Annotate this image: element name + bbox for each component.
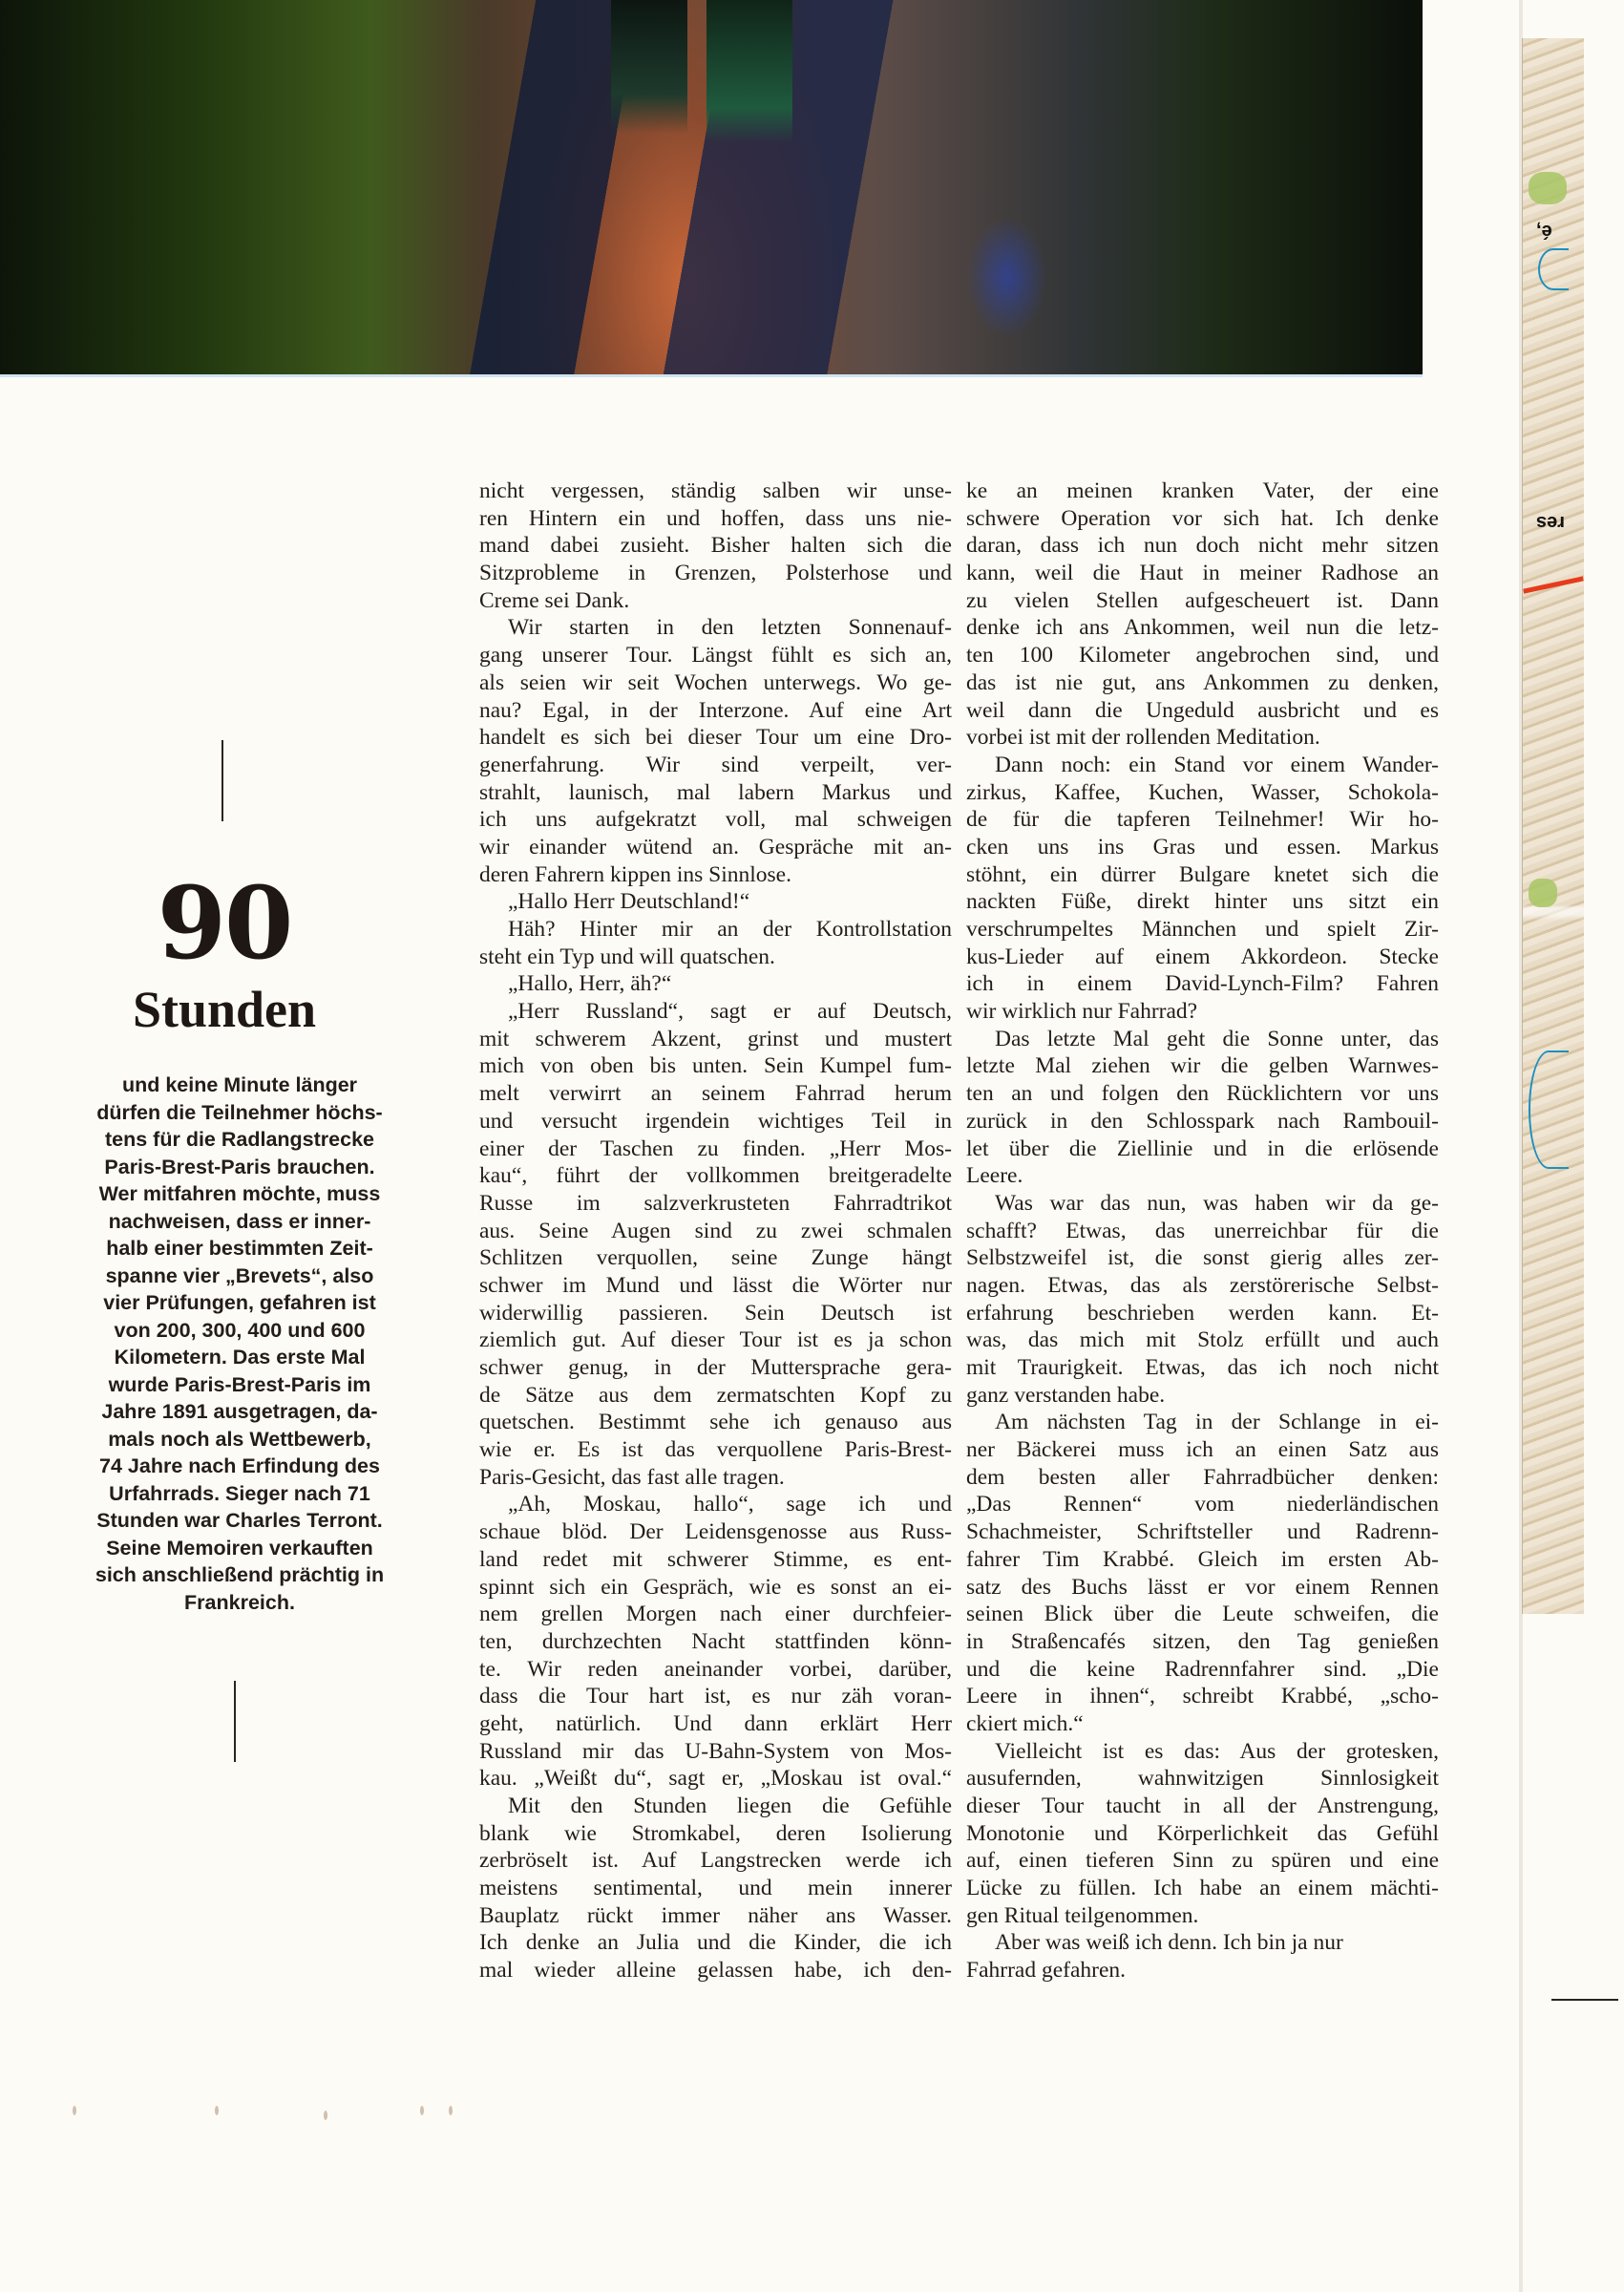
article-line: nem grellen Morgen nach einer durchfeier… xyxy=(479,1601,952,1628)
article-line: und die keine Radrennfahrer sind. „Die xyxy=(966,1656,1439,1684)
article-line: aus. Seine Augen sind zu zwei schmalen xyxy=(479,1218,952,1245)
article-line: te. Wir reden aneinander vorbei, darüber… xyxy=(479,1656,952,1684)
map-strip: é, res xyxy=(1522,38,1584,1614)
article-line: Monotonie und Körperlichkeit das Gefühl xyxy=(966,1820,1439,1848)
map-forest-area xyxy=(1529,172,1567,204)
infobox-line: Kilometern. Das erste Mal xyxy=(82,1344,397,1371)
infobox-line: wurde Paris-Brest-Paris im xyxy=(82,1371,397,1399)
infobox-line: sich anschließend prächtig in xyxy=(82,1561,397,1589)
article-line: generfahrung. Wir sind verpeilt, ver- xyxy=(479,752,952,779)
article-line: als seien wir seit Wochen unterwegs. Wo … xyxy=(479,669,952,697)
article-line: Am nächsten Tag in der Schlange in ei- xyxy=(966,1409,1439,1436)
article-column-1: nicht vergessen, ständig salben wir unse… xyxy=(479,477,952,1984)
article-line: schwer im Mund und lässt die Wörter nur xyxy=(479,1272,952,1300)
article-line: Dann noch: ein Stand vor einem Wander- xyxy=(966,752,1439,779)
article-line: Leere in ihnen“, schreibt Krabbé, „scho- xyxy=(966,1683,1439,1710)
article-line: meistens sentimental, und mein innerer xyxy=(479,1875,952,1902)
article-line: Das letzte Mal geht die Sonne unter, das xyxy=(966,1026,1439,1053)
article-line: de Sätze aus dem zermatschten Kopf zu xyxy=(479,1382,952,1410)
cyclist-silhouette xyxy=(707,0,792,143)
infobox-line: von 200, 300, 400 und 600 xyxy=(82,1317,397,1345)
article-line: mich von oben bis unten. Sein Kumpel fum… xyxy=(479,1052,952,1080)
infobox-line: Seine Memoiren verkauften xyxy=(82,1535,397,1562)
article-line: Mit den Stunden liegen die Gefühle xyxy=(479,1793,952,1820)
article-line: schafft? Etwas, das unerreichbar für die xyxy=(966,1218,1439,1245)
infobox-line: Wer mitfahren möchte, muss xyxy=(82,1180,397,1208)
article-line: ten 100 Kilometer angebrochen sind, und xyxy=(966,642,1439,669)
article-line: strahlt, launisch, mal labern Markus und xyxy=(479,779,952,807)
infobox-line: spanne vier „Brevets“, also xyxy=(82,1263,397,1290)
article-line: Aber was weiß ich denn. Ich bin ja nur xyxy=(966,1929,1439,1957)
map-label: é, xyxy=(1536,220,1552,242)
article-line: Vielleicht ist es das: Aus der grotesken… xyxy=(966,1738,1439,1766)
article-line: „Hallo, Herr, äh?“ xyxy=(479,970,952,998)
infobox-line: Urfahrrads. Sieger nach 71 xyxy=(82,1480,397,1508)
article-line: Creme sei Dank. xyxy=(479,587,952,615)
article-line: mit schwerem Akzent, grinst und mustert xyxy=(479,1026,952,1053)
article-line: einer der Taschen zu finden. „Herr Mos- xyxy=(479,1135,952,1163)
article-line: denke ich ans Ankommen, weil nun die let… xyxy=(966,614,1439,642)
infobox-number: 90 xyxy=(76,874,372,973)
cyclist-silhouette xyxy=(611,0,687,134)
article-line: „Hallo Herr Deutschland!“ xyxy=(479,888,952,916)
article-line: verschrumpeltes Männchen und spielt Zir- xyxy=(966,916,1439,944)
photo-border xyxy=(0,374,1423,377)
article-line: mit Traurigkeit. Etwas, das ich noch nic… xyxy=(966,1354,1439,1382)
map-road xyxy=(1523,576,1584,593)
article-line: Leere. xyxy=(966,1162,1439,1190)
article-line: kau. „Weißt du“, sagt er, „Moskau ist ov… xyxy=(479,1765,952,1793)
article-line: Paris-Gesicht, das fast alle tragen. xyxy=(479,1464,952,1492)
infobox-line: tens für die Radlangstrecke xyxy=(82,1126,397,1154)
article-line: spinnt sich ein Gespräch, wie es sonst a… xyxy=(479,1574,952,1602)
infobox-line: halb einer bestimmten Zeit- xyxy=(82,1235,397,1263)
article-line: Ich denke an Julia und die Kinder, die i… xyxy=(479,1929,952,1957)
article-line: ner Bäckerei muss ich an einen Satz aus xyxy=(966,1436,1439,1464)
article-line: handelt es sich bei dieser Tour um eine … xyxy=(479,724,952,752)
article-line: vorbei ist mit der rollenden Meditation. xyxy=(966,724,1439,752)
article-line: mal wieder alleine gelassen habe, ich de… xyxy=(479,1957,952,1984)
article-line: gang unserer Tour. Längst fühlt es sich … xyxy=(479,642,952,669)
article-line: quetschen. Bestimmt sehe ich genauso aus xyxy=(479,1409,952,1436)
infobox-line: und keine Minute länger xyxy=(82,1072,397,1099)
article-line: „Herr Russland“, sagt er auf Deutsch, xyxy=(479,998,952,1026)
article-line: und versucht irgendein wichtiges Teil in xyxy=(479,1108,952,1135)
article-line: das ist nie gut, ans Ankommen zu denken, xyxy=(966,669,1439,697)
article-line: nicht vergessen, ständig salben wir unse… xyxy=(479,477,952,505)
article-line: kus-Lieder auf einem Akkordeon. Stecke xyxy=(966,944,1439,971)
article-line: nagen. Etwas, das als zerstörerische Sel… xyxy=(966,1272,1439,1300)
article-line: zu vielen Stellen aufgescheuert ist. Dan… xyxy=(966,587,1439,615)
infobox-line: mals noch als Wettbewerb, xyxy=(82,1426,397,1454)
article-line: satz des Buchs lässt er vor einem Rennen xyxy=(966,1574,1439,1602)
article-line: let über die Ziellinie und in die erlöse… xyxy=(966,1135,1439,1163)
article-line: Bauplatz rückt immer näher ans Wasser. xyxy=(479,1902,952,1930)
article-line: ich uns aufgekratzt voll, mal schweigen xyxy=(479,806,952,834)
article-line: „Ah, Moskau, hallo“, sage ich und xyxy=(479,1491,952,1518)
infobox-line: Jahre 1891 ausgetragen, da- xyxy=(82,1398,397,1426)
article-line: was, das mich mit Stolz erfüllt und auch xyxy=(966,1326,1439,1354)
infobox-unit: Stunden xyxy=(76,984,372,1035)
article-line: ren Hintern ein und hoffen, dass uns nie… xyxy=(479,505,952,533)
article-line: geht, natürlich. Und dann erklärt Herr xyxy=(479,1710,952,1738)
article-line: kann, weil die Haut in meiner Radhose an xyxy=(966,560,1439,587)
infobox-line: nachweisen, dass er inner- xyxy=(82,1208,397,1236)
article-line: ziemlich gut. Auf dieser Tour ist es ja … xyxy=(479,1326,952,1354)
article-line: wie er. Es ist das verquollene Paris-Bre… xyxy=(479,1436,952,1464)
article-line: ckiert mich.“ xyxy=(966,1710,1439,1738)
article-line: weil dann die Ungeduld ausbricht und es xyxy=(966,697,1439,725)
article-column-2: ke an meinen kranken Vater, der eineschw… xyxy=(966,477,1439,1984)
article-line: steht ein Typ und will quatschen. xyxy=(479,944,952,971)
article-line: Wir starten in den letzten Sonnenauf- xyxy=(479,614,952,642)
article-line: gen Ritual teilgenommen. xyxy=(966,1902,1439,1930)
article-line: schwer genug, in der Muttersprache gera- xyxy=(479,1354,952,1382)
end-rule xyxy=(1551,1999,1618,2001)
article-photo xyxy=(0,0,1423,374)
article-line: de für die tapferen Teilnehmer! Wir ho- xyxy=(966,806,1439,834)
article-line: schaue blöd. Der Leidensgenosse aus Russ… xyxy=(479,1518,952,1546)
article-line: Russland mir das U-Bahn-System von Mos- xyxy=(479,1738,952,1766)
article-line: ten, durchzechten Nacht stattfinden könn… xyxy=(479,1628,952,1656)
article-line: in Straßencafés sitzen, den Tag genießen xyxy=(966,1628,1439,1656)
article-line: nau? Egal, in der Interzone. Auf eine Ar… xyxy=(479,697,952,725)
infobox-line: 74 Jahre nach Erfindung des xyxy=(82,1453,397,1480)
divider-rule xyxy=(234,1681,236,1762)
article-line: Selbstzweifel ist, die sonst gierig alle… xyxy=(966,1244,1439,1272)
article-line: dem besten aller Fahrradbücher denken: xyxy=(966,1464,1439,1492)
article-line: ke an meinen kranken Vater, der eine xyxy=(966,477,1439,505)
article-line: fahrer Tim Krabbé. Gleich im ersten Ab- xyxy=(966,1546,1439,1574)
article-line: erfahrung beschrieben werden kann. Et- xyxy=(966,1300,1439,1327)
article-line: zurück in den Schlosspark nach Rambouil- xyxy=(966,1108,1439,1135)
map-forest-area xyxy=(1529,879,1557,907)
article-line: wir einander wütend an. Gespräche mit an… xyxy=(479,834,952,861)
article-line: wir wirklich nur Fahrrad? xyxy=(966,998,1439,1026)
article-line: Was war das nun, was haben wir da ge- xyxy=(966,1190,1439,1218)
article-line: land redet mit schwerer Stimme, es ent- xyxy=(479,1546,952,1574)
article-line: auf, einen tieferen Sinn zu spüren und e… xyxy=(966,1847,1439,1875)
article-line: stöhnt, ein dürrer Bulgare knetet sich d… xyxy=(966,861,1439,889)
infobox-line: Paris-Brest-Paris brauchen. xyxy=(82,1154,397,1181)
article-line: kau“, führt der vollkommen breitgeradelt… xyxy=(479,1162,952,1190)
article-line: Sitzprobleme in Grenzen, Polsterhose und xyxy=(479,560,952,587)
article-line: cken uns ins Gras und essen. Markus xyxy=(966,834,1439,861)
article-line: Lücke zu füllen. Ich habe an einem mächt… xyxy=(966,1875,1439,1902)
article-line: dass die Tour hart ist, es nur zäh voran… xyxy=(479,1683,952,1710)
article-line: deren Fahrern kippen ins Sinnlose. xyxy=(479,861,952,889)
article-line: schwere Operation vor sich hat. Ich denk… xyxy=(966,505,1439,533)
article-line: widerwillig passieren. Sein Deutsch ist xyxy=(479,1300,952,1327)
article-line: zirkus, Kaffee, Kuchen, Wasser, Schokola… xyxy=(966,779,1439,807)
article-line: blank wie Stromkabel, deren Isolierung xyxy=(479,1820,952,1848)
article-line: Fahrrad gefahren. xyxy=(966,1957,1439,1984)
article-line: zerbröselt ist. Auf Langstrecken werde i… xyxy=(479,1847,952,1875)
map-label: res xyxy=(1536,511,1565,533)
article-line: dieser Tour taucht in all der Anstrengun… xyxy=(966,1793,1439,1820)
article-line: Schlitzen verquollen, seine Zunge hängt xyxy=(479,1244,952,1272)
article-line: ich in einem David-Lynch-Film? Fahren xyxy=(966,970,1439,998)
infobox-line: vier Prüfungen, gefahren ist xyxy=(82,1289,397,1317)
infobox-line: Frankreich. xyxy=(82,1589,397,1617)
article-line: Schachmeister, Schriftsteller und Radren… xyxy=(966,1518,1439,1546)
article-line: mand dabei zusieht. Bisher halten sich d… xyxy=(479,532,952,560)
article-line: seinen Blick über die Leute schweifen, d… xyxy=(966,1601,1439,1628)
article-line: melt verwirrt an seinem Fahrrad herum xyxy=(479,1080,952,1108)
map-river xyxy=(1529,1050,1569,1169)
article-line: Häh? Hinter mir an der Kontrollstation xyxy=(479,916,952,944)
infobox-line: Stunden war Charles Terront. xyxy=(82,1507,397,1535)
article-line: ganz verstanden habe. xyxy=(966,1382,1439,1410)
article-line: ausufernden, wahnwitzigen Sinnlosigkeit xyxy=(966,1765,1439,1793)
article-line: ten an und folgen den Rücklichtern vor u… xyxy=(966,1080,1439,1108)
article-line: letzte Mal ziehen wir die gelben Warnwes… xyxy=(966,1052,1439,1080)
article-line: Russe im salzverkrusteten Fahrradtrikot xyxy=(479,1190,952,1218)
infobox-text: und keine Minute längerdürfen die Teilne… xyxy=(82,1072,397,1616)
article-line: „Das Rennen“ vom niederländischen xyxy=(966,1491,1439,1518)
infobox-line: dürfen die Teilnehmer höchs- xyxy=(82,1099,397,1127)
article-line: nackten Füße, direkt hinter uns sitzt ei… xyxy=(966,888,1439,916)
divider-rule xyxy=(221,740,223,821)
article-line: daran, dass ich nun doch nicht mehr sitz… xyxy=(966,532,1439,560)
map-river xyxy=(1538,248,1569,290)
